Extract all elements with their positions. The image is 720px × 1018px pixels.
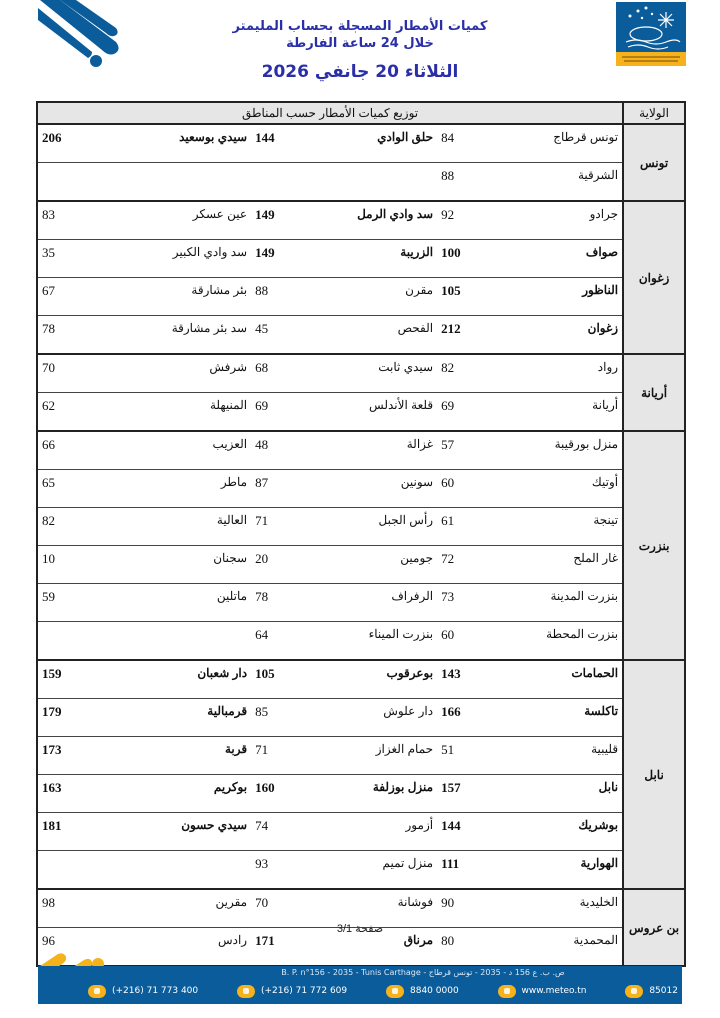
rainfall-value: 82	[37, 508, 101, 546]
rainfall-value: 45	[251, 316, 309, 355]
governorate-cell: زغوان	[623, 201, 685, 354]
station-name: بئر مشارقة	[101, 278, 251, 316]
station-name: المنيهلة	[101, 393, 251, 432]
governorate-cell: أريانة	[623, 354, 685, 431]
rainfall-value: 78	[251, 584, 309, 622]
station-name: جرادو	[495, 201, 623, 240]
rainfall-value: 90	[437, 889, 495, 928]
station-name: رواد	[495, 354, 623, 393]
rainfall-value: 10	[37, 546, 101, 584]
rainfall-value: 73	[437, 584, 495, 622]
rainfall-value	[37, 622, 101, 661]
station-name: سد وادي الكبير	[101, 240, 251, 278]
footer-contact-text: 8840 0000	[410, 986, 459, 996]
table-row: الهوارية111منزل تميم93	[37, 851, 685, 890]
stripes-logo-icon	[30, 0, 120, 70]
rainfall-value: 163	[37, 775, 101, 813]
station-name: بنزرت الميناء	[309, 622, 437, 661]
footer-address: B. P. n°156 - 2035 - Tunis Carthage - ص.…	[188, 968, 658, 977]
table-row: أريانة69قلعة الأندلس69المنيهلة62	[37, 393, 685, 432]
rainfall-value: 98	[37, 889, 101, 928]
table-row: بنزرت المحطة60بنزرت الميناء64	[37, 622, 685, 661]
rainfall-value: 160	[251, 775, 309, 813]
rainfall-value: 92	[437, 201, 495, 240]
table-row: أوتيك60سونين87ماطر65	[37, 470, 685, 508]
station-name: سيدي حسون	[101, 813, 251, 851]
rainfall-value	[37, 851, 101, 890]
table-row: بوشريك144أزمور74سيدي حسون181	[37, 813, 685, 851]
rainfall-table: الولاية توزيع كميات الأمطار حسب المناطق …	[36, 101, 686, 967]
rainfall-value: 100	[437, 240, 495, 278]
station-name: تاكلسة	[495, 699, 623, 737]
rainfall-value: 59	[37, 584, 101, 622]
station-name: بنزرت المحطة	[495, 622, 623, 661]
footer-contact-text[interactable]: www.meteo.tn	[522, 986, 587, 996]
station-name: منزل تميم	[309, 851, 437, 890]
sms-icon	[625, 985, 643, 998]
rainfall-value: 166	[437, 699, 495, 737]
rainfall-value: 85	[251, 699, 309, 737]
footer-contact-text: (+216) 71 773 400	[112, 986, 198, 996]
station-name: جومين	[309, 546, 437, 584]
station-name: أوتيك	[495, 470, 623, 508]
rainfall-value: 69	[437, 393, 495, 432]
rainfall-value: 35	[37, 240, 101, 278]
footer-contact-text: 85012	[649, 986, 678, 996]
station-name: سونين	[309, 470, 437, 508]
rainfall-value: 80	[437, 928, 495, 967]
station-name	[101, 851, 251, 890]
station-name: تينجة	[495, 508, 623, 546]
web-icon	[498, 985, 516, 998]
station-name: قليبية	[495, 737, 623, 775]
station-name: العزيب	[101, 431, 251, 470]
rainfall-value: 74	[251, 813, 309, 851]
report-date: الثلاثاء 20 جانفي 2026	[200, 62, 520, 82]
table-row: زغوانجرادو92سد وادي الرمل149عين عسكر83	[37, 201, 685, 240]
rainfall-value: 20	[251, 546, 309, 584]
rainfall-value: 48	[251, 431, 309, 470]
governorate-cell: بن عروس	[623, 889, 685, 966]
governorate-cell: تونس	[623, 124, 685, 201]
rainfall-value: 206	[37, 124, 101, 163]
station-name: دار شعبان	[101, 660, 251, 699]
station-name: الحمامات	[495, 660, 623, 699]
station-name	[101, 622, 251, 661]
rainfall-value: 71	[251, 737, 309, 775]
rainfall-value: 72	[437, 546, 495, 584]
rainfall-value: 71	[251, 508, 309, 546]
institute-logo-icon	[616, 2, 686, 66]
station-name: مقرين	[101, 889, 251, 928]
station-name	[309, 163, 437, 202]
table-row: الناظور105مقرن88بئر مشارقة67	[37, 278, 685, 316]
rainfall-value: 105	[251, 660, 309, 699]
station-name: قرمبالية	[101, 699, 251, 737]
rainfall-value	[37, 163, 101, 202]
rainfall-value: 87	[251, 470, 309, 508]
station-name: سد بئر مشارقة	[101, 316, 251, 355]
station-name: الفحص	[309, 316, 437, 355]
rainfall-value: 62	[37, 393, 101, 432]
station-name: مقرن	[309, 278, 437, 316]
rainfall-value: 82	[437, 354, 495, 393]
rainfall-value: 212	[437, 316, 495, 355]
page-number: صفحة 3/1	[300, 922, 420, 935]
rainfall-value: 60	[437, 470, 495, 508]
rainfall-value: 57	[437, 431, 495, 470]
footer-contact-item: (+216) 71 773 400	[88, 985, 198, 998]
table-row: صواف100الزريبة149سد وادي الكبير35	[37, 240, 685, 278]
station-name: قلعة الأندلس	[309, 393, 437, 432]
governorate-cell: بنزرت	[623, 431, 685, 660]
station-name: حمام الغزاز	[309, 737, 437, 775]
station-name: بنزرت المدينة	[495, 584, 623, 622]
footer-contact-item: (+216) 71 772 609	[237, 985, 347, 998]
station-name: ماتلين	[101, 584, 251, 622]
station-name: منزل بوزلفة	[309, 775, 437, 813]
rainfall-value: 65	[37, 470, 101, 508]
station-name: سيدي ثابت	[309, 354, 437, 393]
station-name: عين عسكر	[101, 201, 251, 240]
station-name: الناظور	[495, 278, 623, 316]
table-row: بنزرت المدينة73الرفراف78ماتلين59	[37, 584, 685, 622]
station-name: ماطر	[101, 470, 251, 508]
table-row: تينجة61رأس الجبل71العالية82	[37, 508, 685, 546]
table-body: تونستونس قرطاج84حلق الوادي144سيدي بوسعيد…	[37, 124, 685, 966]
title-line-2: خلال 24 ساعة الفارطة	[200, 35, 520, 52]
station-name: غار الملح	[495, 546, 623, 584]
station-name: منزل بورقيبة	[495, 431, 623, 470]
station-name: سد وادي الرمل	[309, 201, 437, 240]
rainfall-value: 149	[251, 201, 309, 240]
rainfall-value: 84	[437, 124, 495, 163]
rainfall-value: 159	[37, 660, 101, 699]
footer-contact-item: 8840 0000	[386, 985, 459, 998]
rainfall-value: 105	[437, 278, 495, 316]
station-name: بوشريك	[495, 813, 623, 851]
station-name: العالية	[101, 508, 251, 546]
station-name: الخليدية	[495, 889, 623, 928]
phone-icon	[88, 985, 106, 998]
rainfall-value	[251, 163, 309, 202]
rainfall-value: 67	[37, 278, 101, 316]
table-row: أريانةرواد82سيدي ثابت68شرفش70	[37, 354, 685, 393]
document-title: كميات الأمطار المسجلة بحساب المليمتر خلا…	[200, 18, 520, 52]
rainfall-value: 149	[251, 240, 309, 278]
rainfall-value: 51	[437, 737, 495, 775]
header-governorate: الولاية	[623, 102, 685, 124]
station-name: دار علوش	[309, 699, 437, 737]
station-name: المحمدية	[495, 928, 623, 967]
station-name: رادس	[101, 928, 251, 967]
rainfall-value: 93	[251, 851, 309, 890]
station-name: الشرقية	[495, 163, 623, 202]
rainfall-value: 143	[437, 660, 495, 699]
fax-icon	[237, 985, 255, 998]
footer-contact-item: 85012	[625, 985, 678, 998]
table-row: تونستونس قرطاج84حلق الوادي144سيدي بوسعيد…	[37, 124, 685, 163]
footer-contact-text: (+216) 71 772 609	[261, 986, 347, 996]
governorate-cell: نابل	[623, 660, 685, 889]
rainfall-value: 70	[37, 354, 101, 393]
rainfall-value: 88	[437, 163, 495, 202]
rainfall-value: 69	[251, 393, 309, 432]
table-row: غار الملح72جومين20سجنان10	[37, 546, 685, 584]
rainfall-value: 66	[37, 431, 101, 470]
table-row: قليبية51حمام الغزاز71قربة173	[37, 737, 685, 775]
station-name: زغوان	[495, 316, 623, 355]
station-name: شرفش	[101, 354, 251, 393]
station-name: الرفراف	[309, 584, 437, 622]
table-row: تاكلسة166دار علوش85قرمبالية179	[37, 699, 685, 737]
station-name: سجنان	[101, 546, 251, 584]
footer-contacts: (+216) 71 773 400(+216) 71 772 6098840 0…	[88, 981, 678, 1001]
station-name: نابل	[495, 775, 623, 813]
station-name: رأس الجبل	[309, 508, 437, 546]
rainfall-value: 83	[37, 201, 101, 240]
rainfall-value: 68	[251, 354, 309, 393]
table-row: زغوان212الفحص45سد بئر مشارقة78	[37, 316, 685, 355]
footer-contact-item: www.meteo.tn	[498, 985, 587, 998]
header-distribution: توزيع كميات الأمطار حسب المناطق	[37, 102, 623, 124]
station-name: أزمور	[309, 813, 437, 851]
station-name: غزالة	[309, 431, 437, 470]
station-name	[101, 163, 251, 202]
rainfall-value: 144	[437, 813, 495, 851]
call-center-icon	[386, 985, 404, 998]
station-name: أريانة	[495, 393, 623, 432]
station-name: حلق الوادي	[309, 124, 437, 163]
table-row: نابلالحمامات143بوعرقوب105دار شعبان159	[37, 660, 685, 699]
station-name: سيدي بوسعيد	[101, 124, 251, 163]
station-name: الزريبة	[309, 240, 437, 278]
station-name: قربة	[101, 737, 251, 775]
station-name: بوكريم	[101, 775, 251, 813]
title-line-1: كميات الأمطار المسجلة بحساب المليمتر	[200, 18, 520, 35]
station-name: صواف	[495, 240, 623, 278]
table-row: نابل157منزل بوزلفة160بوكريم163	[37, 775, 685, 813]
rainfall-value: 144	[251, 124, 309, 163]
rainfall-value: 78	[37, 316, 101, 355]
rainfall-value: 111	[437, 851, 495, 890]
rainfall-value: 64	[251, 622, 309, 661]
station-name: الهوارية	[495, 851, 623, 890]
rainfall-value: 179	[37, 699, 101, 737]
rainfall-value: 181	[37, 813, 101, 851]
rainfall-value: 157	[437, 775, 495, 813]
station-name: بوعرقوب	[309, 660, 437, 699]
rainfall-value: 60	[437, 622, 495, 661]
footer-bar: B. P. n°156 - 2035 - Tunis Carthage - ص.…	[38, 966, 682, 1004]
rainfall-value: 61	[437, 508, 495, 546]
rainfall-value: 88	[251, 278, 309, 316]
table-row: الشرقية88	[37, 163, 685, 202]
rainfall-value: 173	[37, 737, 101, 775]
table-row: بنزرتمنزل بورقيبة57غزالة48العزيب66	[37, 431, 685, 470]
station-name: تونس قرطاج	[495, 124, 623, 163]
